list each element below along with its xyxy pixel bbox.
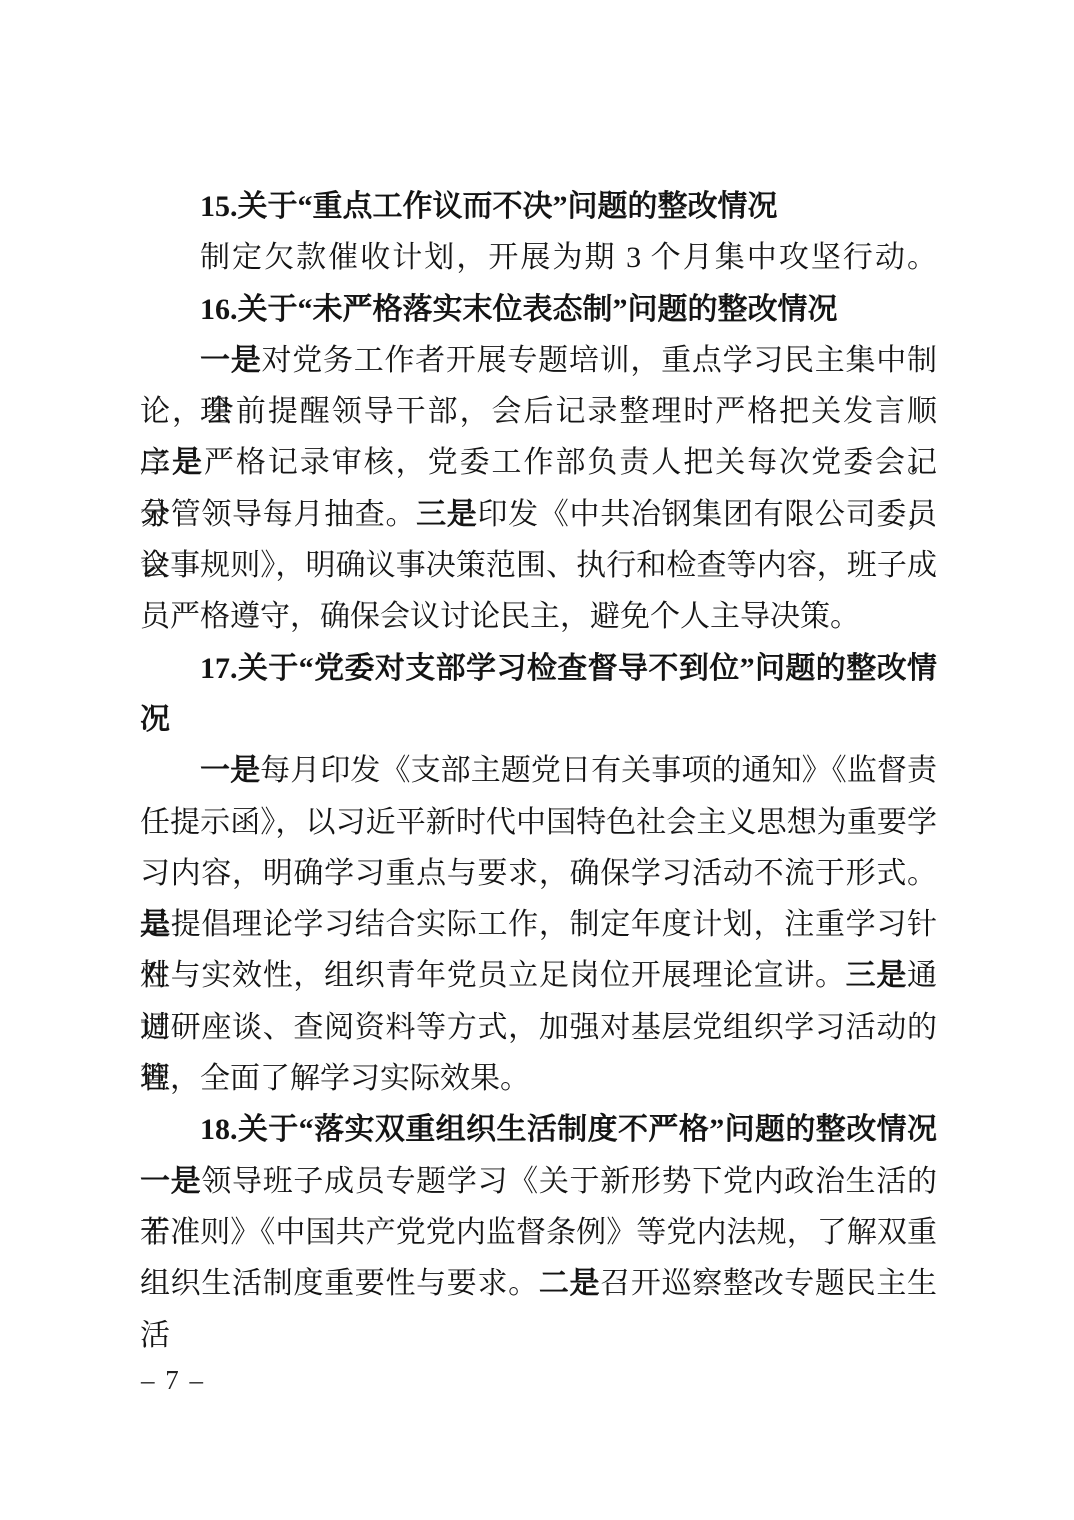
text-segment: 制定欠款催收计划，开展为期 3 个月集中攻坚行动。 <box>200 241 937 274</box>
text-segment: 议事规则》，明确议事决策范围、执行和检查等内容，班子成 <box>140 549 937 582</box>
text-line: 论，会前提醒领导干部，会后记录整理时严格把关发言顺序。 <box>140 386 937 437</box>
text-line: 况 <box>140 694 937 745</box>
bold-text-segment: 二是 <box>539 1267 600 1300</box>
text-line: 理，全面了解学习实际效果。 <box>140 1053 937 1104</box>
text-line: 17.关于“党委对支部学习检查督导不到位”问题的整改情 <box>140 643 937 694</box>
bold-text-segment: 一是 <box>200 344 261 377</box>
text-segment: 分管领导每月抽查。 <box>140 498 416 531</box>
bold-text-segment: 一是 <box>140 1165 201 1198</box>
text-line: 18.关于“落实双重组织生活制度不严格”问题的整改情况 <box>140 1104 937 1155</box>
text-segment: 习内容，明确学习重点与要求，确保学习活动不流于形式。 <box>140 857 937 890</box>
text-line: 一是领导班子成员专题学习《关于新形势下党内政治生活的若 <box>140 1156 937 1207</box>
text-line: 是提倡理论学习结合实际工作，制定年度计划，注重学习针对 <box>140 899 937 950</box>
bold-text-segment: 17.关于“党委对支部学习检查督导不到位”问题的整改情 <box>200 652 937 685</box>
text-line: 分管领导每月抽查。三是印发《中共冶钢集团有限公司委员会 <box>140 489 937 540</box>
page-number: – 7 – <box>141 1363 205 1397</box>
bold-text-segment: 二是 <box>140 446 204 479</box>
text-line: 干准则》《中国共产党党内监督条例》等党内法规，了解双重 <box>140 1207 937 1258</box>
bold-text-segment: 16.关于“未严格落实末位表态制”问题的整改情况 <box>200 293 838 326</box>
text-line: 组织生活制度重要性与要求。二是召开巡察整改专题民主生活 <box>140 1258 937 1309</box>
text-line: 性与实效性，组织青年党员立足岗位开展理论宣讲。三是通过 <box>140 950 937 1001</box>
text-line: 制定欠款催收计划，开展为期 3 个月集中攻坚行动。 <box>140 232 937 283</box>
text-line: 习内容，明确学习重点与要求，确保学习活动不流于形式。二 <box>140 848 937 899</box>
text-line: 15.关于“重点工作议而不决”问题的整改情况 <box>140 181 937 232</box>
text-line: 二是严格记录审核，党委工作部负责人把关每次党委会记录， <box>140 437 937 488</box>
text-segment: 员严格遵守，确保会议讨论民主，避免个人主导决策。 <box>140 600 860 633</box>
text-segment: 组织生活制度重要性与要求。 <box>140 1267 539 1300</box>
bold-text-segment: 15.关于“重点工作议而不决”问题的整改情况 <box>200 190 778 223</box>
text-line: 一是每月印发《支部主题党日有关事项的通知》《监督责 <box>140 745 937 796</box>
text-segment: 任提示函》，以习近平新时代中国特色社会主义思想为重要学 <box>140 806 937 839</box>
text-line: 16.关于“未严格落实末位表态制”问题的整改情况 <box>140 284 937 335</box>
text-line: 任提示函》，以习近平新时代中国特色社会主义思想为重要学 <box>140 797 937 848</box>
bold-text-segment: 三是 <box>846 959 907 992</box>
text-line: 议事规则》，明确议事决策范围、执行和检查等内容，班子成 <box>140 540 937 591</box>
text-segment: 理，全面了解学习实际效果。 <box>140 1062 530 1095</box>
text-segment: 每月印发《支部主题党日有关事项的通知》《监督责 <box>260 754 937 787</box>
bold-text-segment: 一是 <box>200 754 260 787</box>
text-segment: 性与实效性，组织青年党员立足岗位开展理论宣讲。 <box>140 959 846 992</box>
text-line: 一是对党务工作者开展专题培训，重点学习民主集中制理 <box>140 335 937 386</box>
bold-text-segment: 三是 <box>416 498 477 531</box>
text-line: 员严格遵守，确保会议讨论民主，避免个人主导决策。 <box>140 591 937 642</box>
bold-text-segment: 是 <box>140 908 171 941</box>
document-page: 15.关于“重点工作议而不决”问题的整改情况制定欠款催收计划，开展为期 3 个月… <box>0 0 1074 1520</box>
bold-text-segment: 况 <box>140 703 170 736</box>
text-line: 调研座谈、查阅资料等方式，加强对基层党组织学习活动的管 <box>140 1002 937 1053</box>
bold-text-segment: 18.关于“落实双重组织生活制度不严格”问题的整改情况 <box>200 1113 937 1146</box>
text-segment: 干准则》《中国共产党党内监督条例》等党内法规，了解双重 <box>140 1216 937 1249</box>
document-body: 15.关于“重点工作议而不决”问题的整改情况制定欠款催收计划，开展为期 3 个月… <box>140 181 937 1310</box>
